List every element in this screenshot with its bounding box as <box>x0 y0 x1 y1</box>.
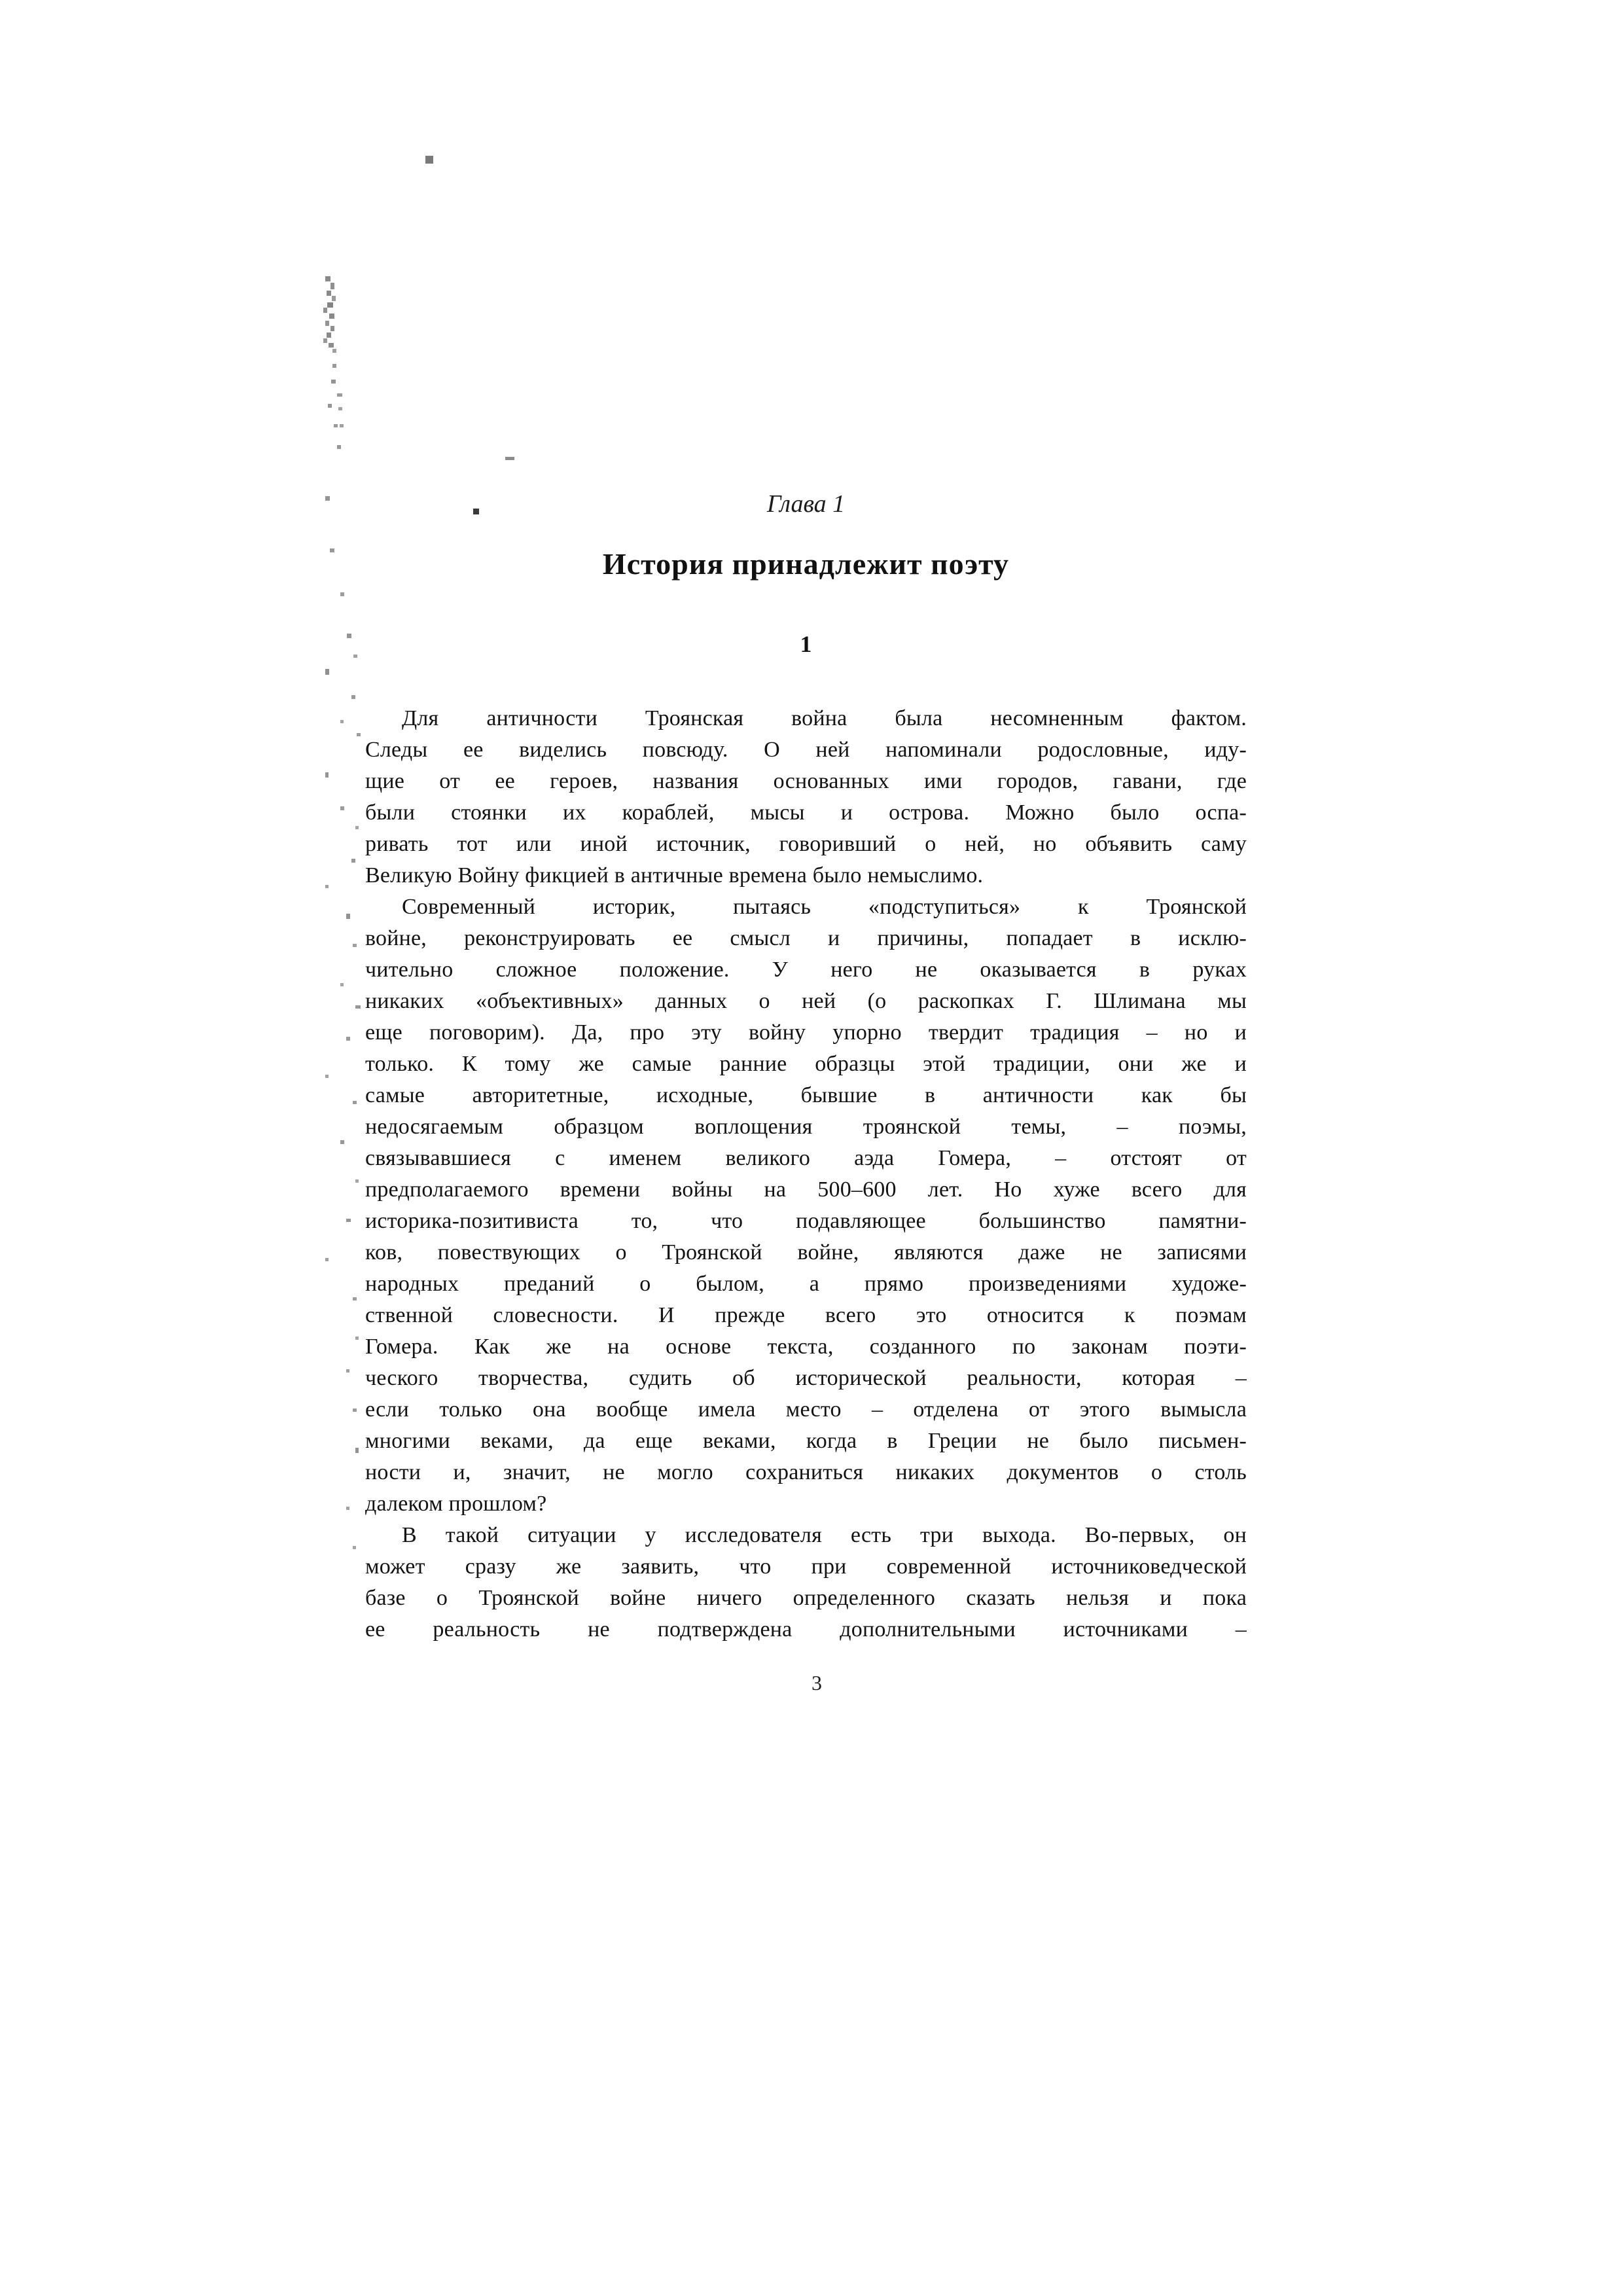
scan-noise-speck <box>353 944 357 947</box>
scan-noise-speck <box>325 496 330 501</box>
body-line: ривать тот или иной источник, говоривший… <box>365 829 1247 860</box>
body-line: ческого творчества, судить об историческ… <box>365 1363 1247 1394</box>
scan-noise-speck <box>353 1297 357 1300</box>
scan-noise-speck <box>505 457 514 460</box>
scan-noise-speck <box>325 276 330 281</box>
body-line: только. К тому же самые ранние образцы э… <box>365 1049 1247 1080</box>
body-line: предполагаемого времени войны на 500–600… <box>365 1174 1247 1206</box>
scan-noise-speck <box>351 695 355 699</box>
body-line: войне, реконструировать ее смысл и причи… <box>365 923 1247 954</box>
body-line: многими веками, да еще веками, когда в Г… <box>365 1426 1247 1457</box>
body-line: самые авторитетные, исходные, бывшие в а… <box>365 1080 1247 1111</box>
body-line: народных преданий о былом, а прямо произ… <box>365 1268 1247 1300</box>
body-line: историка-позитивиста то, что подавляющее… <box>365 1206 1247 1237</box>
scan-noise-speck <box>329 343 334 348</box>
scan-noise-speck <box>325 321 329 326</box>
section-number: 1 <box>365 630 1247 658</box>
scan-noise-speck <box>327 332 331 338</box>
chapter-title: История принадлежит поэту <box>365 546 1247 583</box>
scan-noise-speck <box>355 826 359 829</box>
scan-noise-speck <box>347 634 351 638</box>
scan-noise-speck <box>328 404 332 408</box>
scan-noise-speck <box>355 1005 361 1009</box>
body-line: далеком прошлом? <box>365 1488 1247 1520</box>
body-line: может сразу же заявить, что при современ… <box>365 1551 1247 1583</box>
scan-noise-speck <box>346 1219 351 1222</box>
body-line: ее реальность не подтверждена дополнител… <box>365 1614 1247 1645</box>
scan-noise-speck <box>330 548 334 552</box>
body-line: Гомера. Как же на основе текста, созданн… <box>365 1331 1247 1363</box>
book-page: Глава 1 История принадлежит поэту 1 Для … <box>0 0 1623 2296</box>
scan-noise-speck <box>357 733 361 736</box>
scan-noise-speck <box>346 1369 349 1372</box>
scan-noise-speck <box>346 1507 349 1510</box>
scan-noise-speck <box>340 983 344 986</box>
body-line: если только она вообще имела место – отд… <box>365 1394 1247 1426</box>
scan-noise-speck <box>340 806 344 810</box>
scan-noise-speck <box>325 1075 329 1078</box>
body-line: В такой ситуации у исследователя есть тр… <box>365 1520 1247 1551</box>
scan-noise-speck <box>351 859 355 863</box>
scan-noise-speck <box>331 380 336 384</box>
body-line: Современный историк, пытаясь «подступить… <box>365 891 1247 923</box>
scan-noise-speck <box>334 424 338 427</box>
scan-noise-speck <box>325 669 329 675</box>
scan-noise-speck <box>340 720 344 723</box>
scan-noise-speck <box>353 1408 357 1412</box>
scan-noise-speck <box>329 314 334 319</box>
scan-noise-speck <box>325 1258 329 1261</box>
scan-noise-speck <box>340 424 344 427</box>
scan-noise-speck <box>338 407 342 410</box>
scan-noise-speck <box>325 885 329 888</box>
body-line: связывавшиеся с именем великого аэда Гом… <box>365 1143 1247 1174</box>
scan-noise-speck <box>332 296 336 301</box>
scan-noise-speck <box>346 914 350 919</box>
text-block: Для античности Троянская война была несо… <box>365 703 1247 1645</box>
scan-noise-speck <box>332 349 336 353</box>
scan-noise-speck <box>353 655 357 658</box>
body-line: ственной словесности. И прежде всего это… <box>365 1300 1247 1331</box>
scan-noise-speck <box>337 393 342 397</box>
body-line: Великую Войну фикцией в античные времена… <box>365 860 1247 891</box>
scan-noise-speck <box>346 1037 350 1041</box>
body-line: ков, повествующих о Троянской войне, явл… <box>365 1237 1247 1268</box>
body-line: никаких «объективных» данных о ней (о ра… <box>365 986 1247 1017</box>
scan-noise-speck <box>323 308 327 313</box>
scan-noise-speck <box>323 338 327 343</box>
body-line: Следы ее виделись повсюду. О ней напомин… <box>365 734 1247 766</box>
chapter-label: Глава 1 <box>365 490 1247 518</box>
scan-noise-speck <box>330 283 334 289</box>
body-line: еще поговорим). Да, про эту войну упорно… <box>365 1017 1247 1049</box>
scan-noise-speck <box>340 592 344 596</box>
scan-noise-speck <box>355 1336 359 1340</box>
body-line: щие от ее героев, названия основанных им… <box>365 766 1247 797</box>
scan-noise-speck <box>332 364 336 368</box>
body-line: ности и, значит, не могло сохраниться ни… <box>365 1457 1247 1488</box>
scan-noise-speck <box>337 445 341 449</box>
scan-noise-speck <box>327 302 333 308</box>
body-line: недосягаемым образцом воплощения троянск… <box>365 1111 1247 1143</box>
scan-noise-speck <box>355 1179 359 1183</box>
page-number: 3 <box>365 1670 1268 1695</box>
scan-noise-speck <box>327 291 331 296</box>
scan-noise-speck <box>353 1101 357 1104</box>
body-line: были стоянки их кораблей, мысы и острова… <box>365 797 1247 829</box>
body-line: чительно сложное положение. У него не ок… <box>365 954 1247 986</box>
scan-noise-speck <box>330 326 334 331</box>
scan-noise-speck <box>340 1140 344 1144</box>
scan-noise-speck <box>355 1448 359 1453</box>
scan-noise-speck <box>425 156 433 164</box>
scan-noise-speck <box>353 1546 356 1549</box>
scan-noise-speck <box>325 772 329 778</box>
body-line: базе о Троянской войне ничего определенн… <box>365 1583 1247 1614</box>
body-line: Для античности Троянская война была несо… <box>365 703 1247 734</box>
